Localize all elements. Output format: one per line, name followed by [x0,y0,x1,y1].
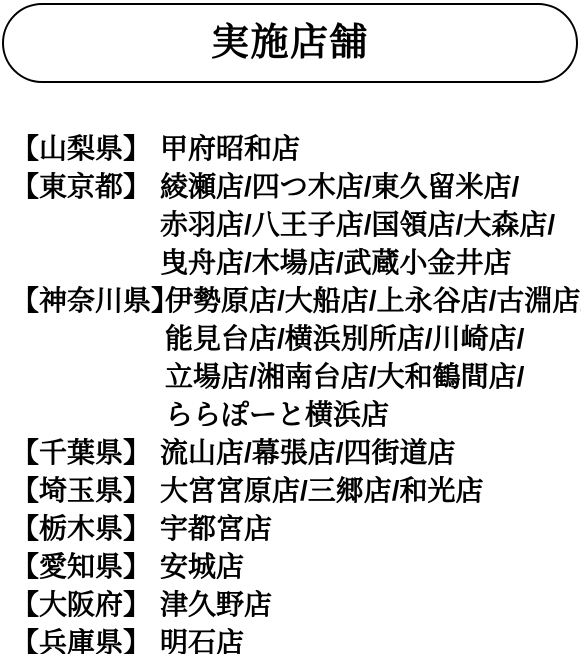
store-names: 宇都宮店 [160,510,272,548]
store-line: 大宮宮原店/三郷店/和光店 [160,472,484,510]
store-line: 能見台店/横浜別所店/川崎店/ [165,320,581,358]
store-line: 立場店/湘南台店/大和鶴間店/ [165,358,581,396]
store-row: 【埼玉県】大宮宮原店/三郷店/和光店 [25,472,581,510]
store-list: 【山梨県】甲府昭和店【東京都】綾瀬店/四つ木店/東久留米店/赤羽店/八王子店/国… [25,130,581,654]
prefecture-label: 【千葉県】 [25,434,160,472]
store-line: 伊勢原店/大船店/上永谷店/古淵店/ [165,282,581,320]
store-names: 流山店/幕張店/四街道店 [160,434,456,472]
prefecture-label: 【神奈川県】 [25,282,165,320]
store-row: 【栃木県】宇都宮店 [25,510,581,548]
store-names: 安城店 [160,548,244,586]
store-names: 綾瀬店/四つ木店/東久留米店/赤羽店/八王子店/国領店/大森店/曳舟店/木場店/… [160,168,555,282]
prefecture-label: 【栃木県】 [25,510,160,548]
store-row: 【山梨県】甲府昭和店 [25,130,581,168]
store-line: 赤羽店/八王子店/国領店/大森店/ [160,206,555,244]
store-names: 津久野店 [160,586,272,624]
store-line: 安城店 [160,548,244,586]
store-names: 伊勢原店/大船店/上永谷店/古淵店/能見台店/横浜別所店/川崎店/立場店/湘南台… [165,282,581,434]
store-line: 明石店 [160,624,244,654]
store-line: 流山店/幕張店/四街道店 [160,434,456,472]
prefecture-label: 【大阪府】 [25,586,160,624]
store-row: 【愛知県】安城店 [25,548,581,586]
store-line: 宇都宮店 [160,510,272,548]
store-line: 甲府昭和店 [160,130,300,168]
title-pill: 実施店舗 [2,3,578,83]
store-names: 大宮宮原店/三郷店/和光店 [160,472,484,510]
store-line: 津久野店 [160,586,272,624]
prefecture-label: 【埼玉県】 [25,472,160,510]
store-row: 【神奈川県】伊勢原店/大船店/上永谷店/古淵店/能見台店/横浜別所店/川崎店/立… [25,282,581,434]
store-line: 曳舟店/木場店/武蔵小金井店 [160,244,555,282]
store-line: 綾瀬店/四つ木店/東久留米店/ [160,168,555,206]
store-row: 【大阪府】津久野店 [25,586,581,624]
prefecture-label: 【山梨県】 [25,130,160,168]
page-title: 実施店舗 [211,24,369,62]
prefecture-label: 【愛知県】 [25,548,160,586]
store-row: 【東京都】綾瀬店/四つ木店/東久留米店/赤羽店/八王子店/国領店/大森店/曳舟店… [25,168,581,282]
store-names: 甲府昭和店 [160,130,300,168]
store-names: 明石店 [160,624,244,654]
store-line: ららぽーと横浜店 [165,396,581,434]
prefecture-label: 【東京都】 [25,168,160,206]
store-row: 【千葉県】流山店/幕張店/四街道店 [25,434,581,472]
store-row: 【兵庫県】明石店 [25,624,581,654]
prefecture-label: 【兵庫県】 [25,624,160,654]
